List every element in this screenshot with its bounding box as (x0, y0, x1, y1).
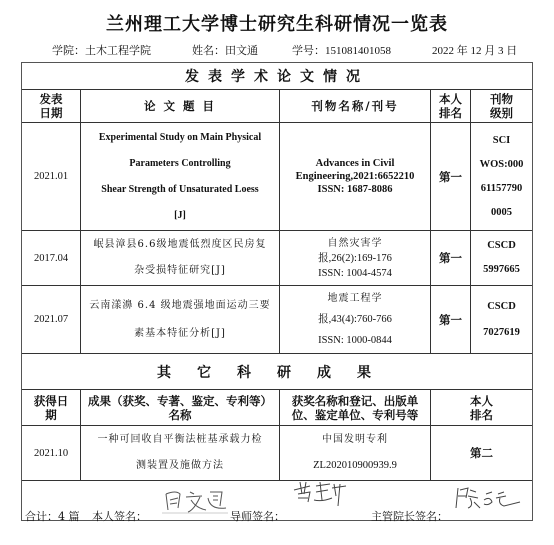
paper-date: 2021.07 (22, 286, 80, 353)
date-field: 2022 年 12 月 3 日 (432, 42, 517, 58)
header-achievement-name: 成果（获奖、专著、鉴定、专利等） 名称 (81, 390, 279, 425)
paper-date: 2017.04 (22, 231, 80, 285)
self-signature-label: 本人签名： (92, 508, 147, 524)
paper-level: CSCD 5997665 (471, 231, 532, 285)
paper-rank: 第一 (431, 286, 470, 353)
paper-title: 云南漾濞 6.4 级地震强地面运动三要 素基本特征分析[J] (81, 286, 279, 353)
name-field: 姓名：田文通 (192, 42, 258, 58)
header-publish-date: 发表 日期 (22, 90, 80, 122)
other-section-title: 其它科研成果 (22, 354, 532, 389)
paper-journal: Advances in Civil Engineering,2021:66522… (280, 123, 430, 230)
header-obtain-date: 获得日 期 (22, 390, 80, 425)
divider (22, 480, 532, 481)
paper-journal: 地震工程学 报,43(4):760-766 ISSN: 1000-0844 (280, 286, 430, 353)
paper-journal: 自然灾害学 报,26(2):169-176 ISSN: 1004-4574 (280, 231, 430, 285)
paper-level: CSCD 7027619 (471, 286, 532, 353)
paper-rank: 第一 (431, 123, 470, 230)
paper-rank: 第一 (431, 231, 470, 285)
total-count: 合计：4 篇 (25, 508, 80, 524)
student-id-field: 学号：151081401058 (292, 42, 391, 58)
header-rank: 本人 排名 (431, 90, 470, 122)
dean-signature-label: 主管院长签名： (371, 508, 448, 524)
achievement-date: 2021.10 (22, 426, 80, 480)
paper-level: SCI WOS:000 61157790 0005 (471, 123, 532, 230)
paper-title: Experimental Study on Main Physical Para… (81, 123, 279, 230)
header-award-org: 获奖名称和登记、出版单 位、鉴定单位、专利号等 (280, 390, 430, 425)
header-journal: 刊物名称/刊号 (280, 90, 430, 122)
papers-section-title: 发表学术论文情况 (22, 63, 532, 89)
paper-title: 岷县漳县6.6级地震低烈度区民房复 杂受损特征研究[J] (81, 231, 279, 285)
dean-signature-image (452, 484, 524, 512)
achievement-name: 一种可回收自平衡法桩基承载力检 测装置及施做方法 (81, 426, 279, 480)
paper-date: 2021.01 (22, 123, 80, 230)
header-rank: 本人 排名 (431, 390, 532, 425)
achievement-org: 中国发明专利 ZL202010900939.9 (280, 426, 430, 480)
advisor-signature-label: 导师签名： (230, 508, 285, 524)
self-signature-image (160, 484, 230, 514)
college-field: 学院：土木工程学院 (52, 42, 151, 58)
header-paper-title: 论 文 题 目 (81, 90, 279, 122)
page-title: 兰州理工大学博士研究生科研情况一览表 (0, 10, 554, 36)
advisor-signature-image (290, 478, 350, 510)
achievement-rank: 第二 (431, 426, 532, 480)
research-table: 发表学术论文情况 发表 日期 论 文 题 目 刊物名称/刊号 本人 排名 刊物 … (21, 62, 533, 521)
header-level: 刊物 级别 (471, 90, 532, 122)
